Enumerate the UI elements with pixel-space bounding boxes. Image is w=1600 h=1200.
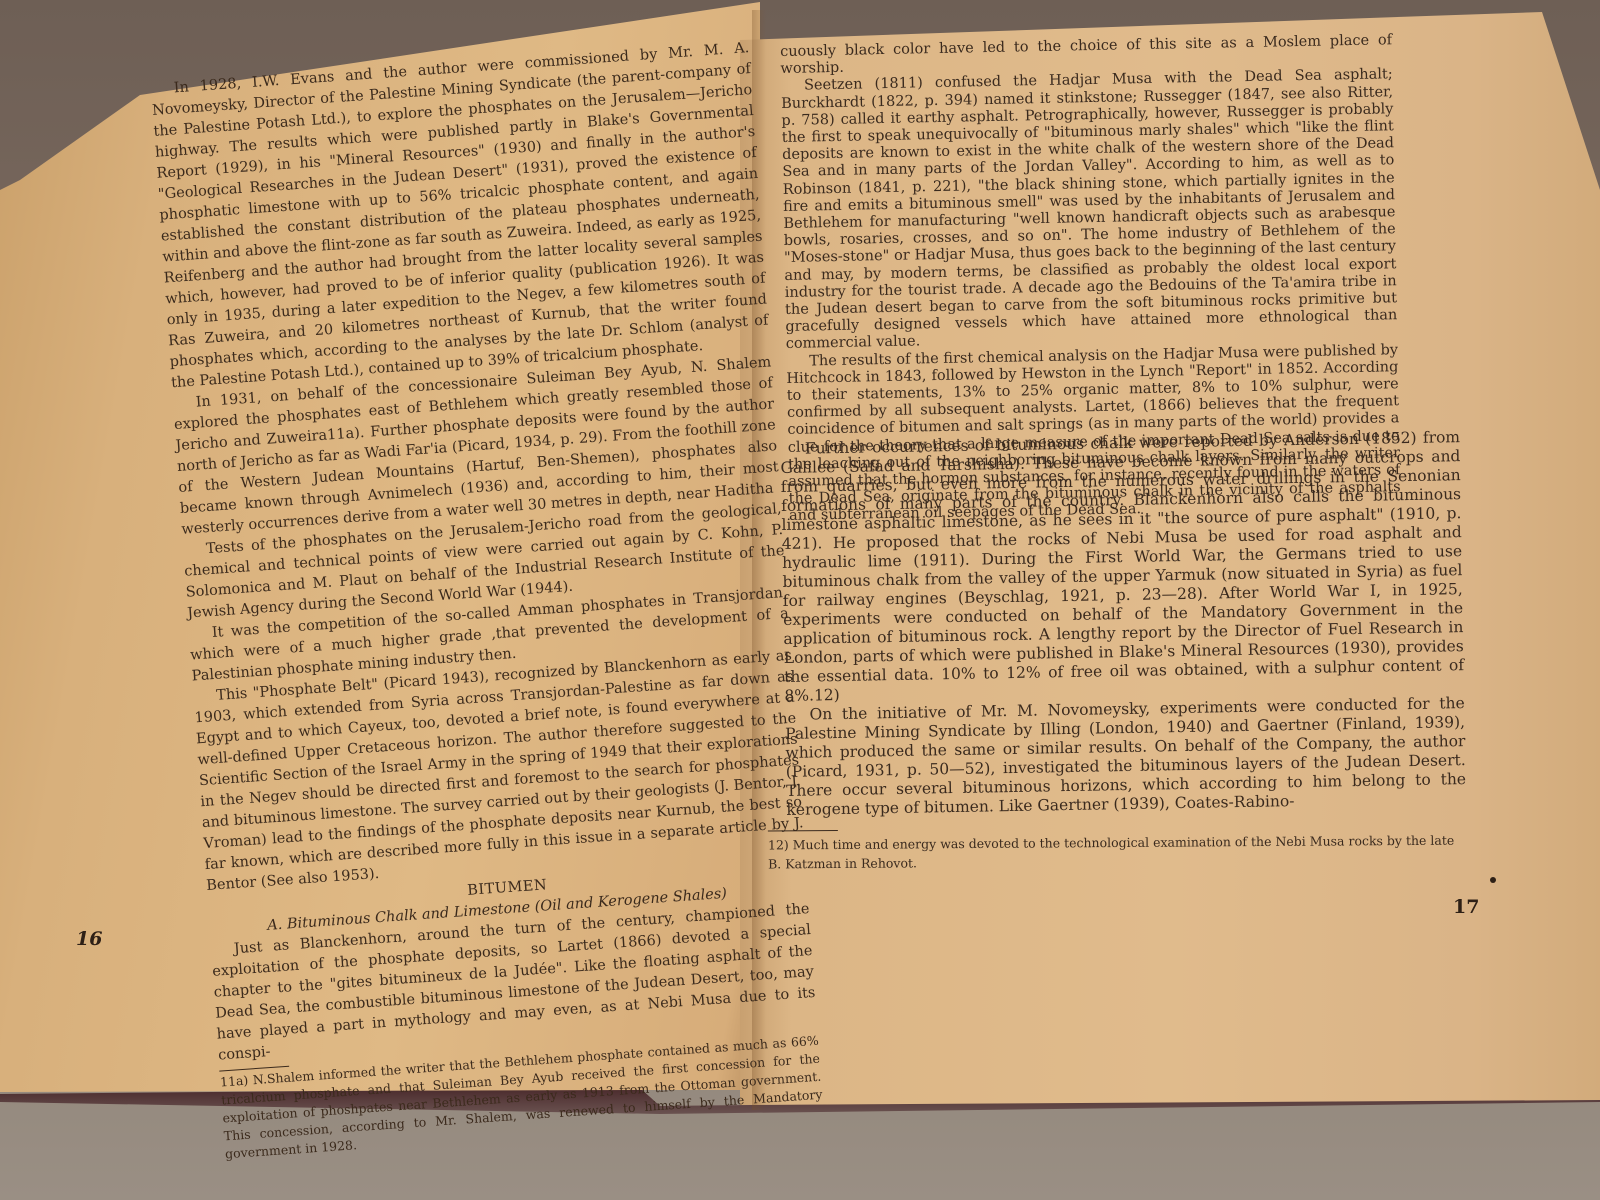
paragraph: In 1928, I.W. Evans and the author were … bbox=[150, 38, 771, 394]
footnote: 12) Much time and energy was devoted to … bbox=[768, 831, 1468, 874]
page-number-right: 17 bbox=[1453, 896, 1479, 918]
left-page-text: In 1928, I.W. Evans and the author were … bbox=[150, 38, 824, 1163]
right-footnote-block: 12) Much time and energy was devoted to … bbox=[768, 826, 1468, 874]
paragraph: Seetzen (1811) confused the Hadjar Musa … bbox=[781, 67, 1398, 354]
page-number-left: 16 bbox=[76, 928, 102, 950]
paragraph: This "Phosphate Belt" (Picard 1943), rec… bbox=[192, 646, 805, 897]
right-page-text-lower: Further occurrences of bituminous chalk … bbox=[780, 428, 1467, 820]
subheading-label: A. bbox=[267, 917, 283, 934]
paragraph: On the initiative of Mr. M. Novomeysky, … bbox=[785, 694, 1467, 820]
ink-speck bbox=[1490, 877, 1496, 883]
footnote-rule bbox=[768, 830, 838, 831]
paragraph: Further occurrences of bituminous chalk … bbox=[780, 428, 1465, 706]
